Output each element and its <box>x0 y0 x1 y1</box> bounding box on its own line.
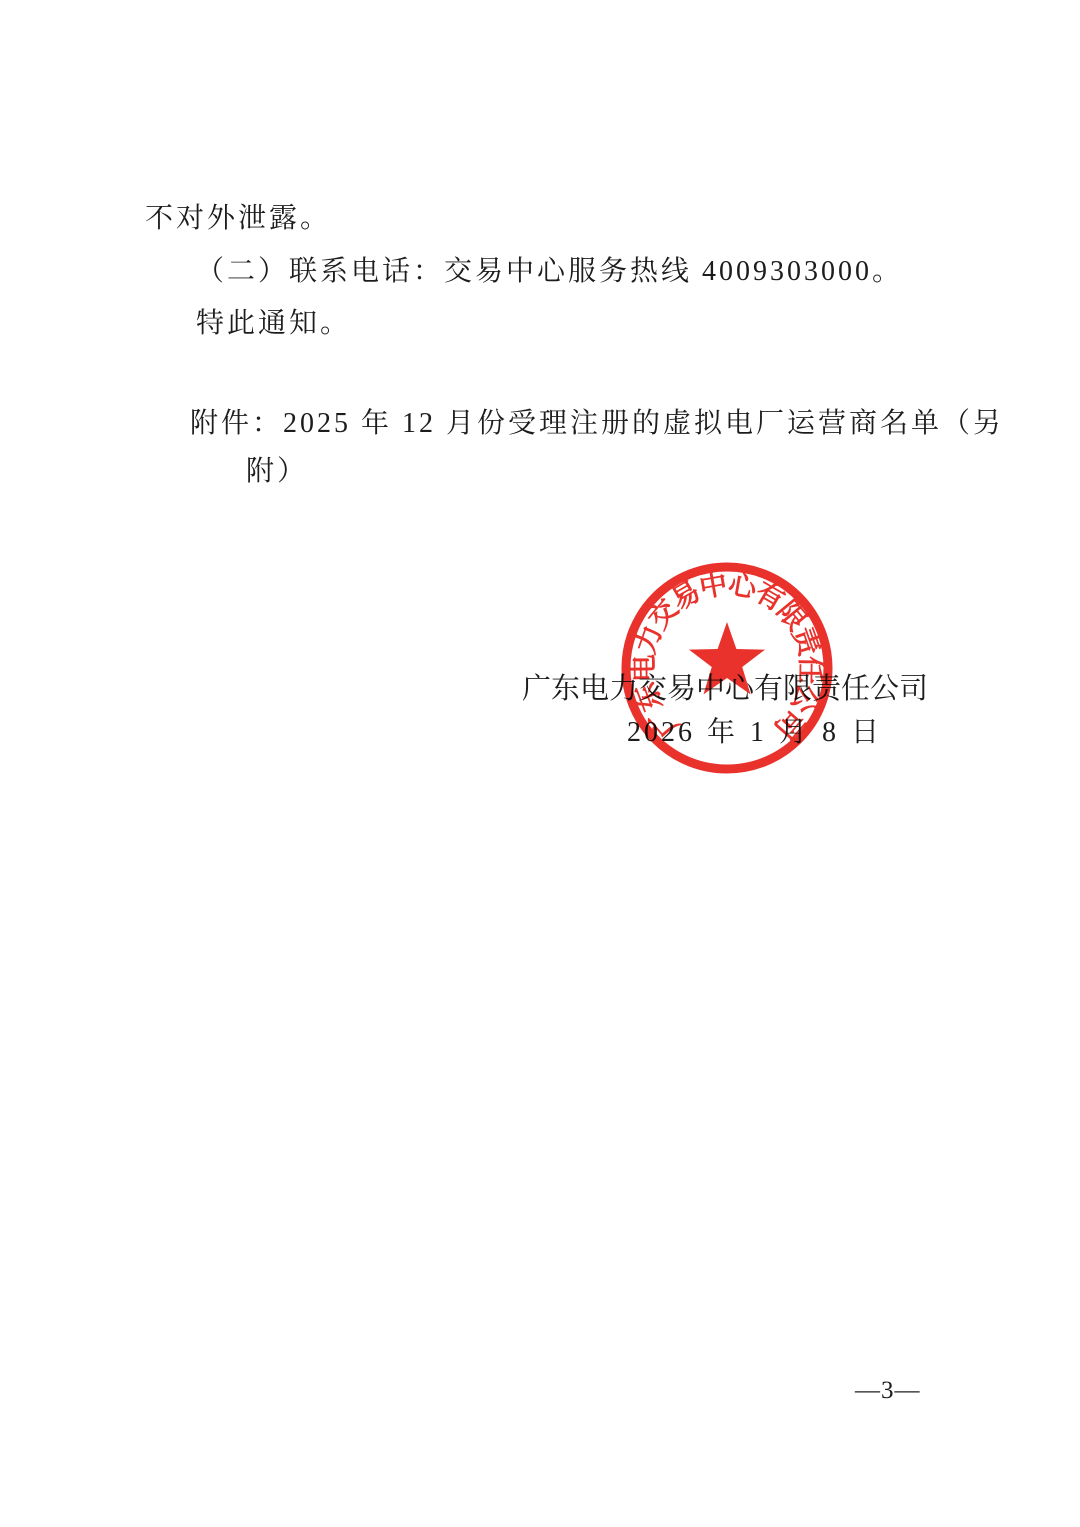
attachment-line-1: 附件：2025 年 12 月份受理注册的虚拟电厂运营商名单（另 <box>190 408 1004 440</box>
page-number: —3— <box>855 1377 921 1405</box>
body-line-notice-closing: 特此通知。 <box>196 308 351 340</box>
attachment-line-2: 附） <box>246 456 308 488</box>
body-line-secrecy: 不对外泄露。 <box>145 203 331 235</box>
body-line-contact-phone: （二）联系电话：交易中心服务热线 4009303000。 <box>196 256 903 288</box>
star-icon <box>689 622 765 694</box>
official-seal: 广东电力交易中心有限责任公司 <box>612 553 842 783</box>
document-page: { "content": { "secrecy_line": "不对外泄露。",… <box>0 0 1080 1527</box>
